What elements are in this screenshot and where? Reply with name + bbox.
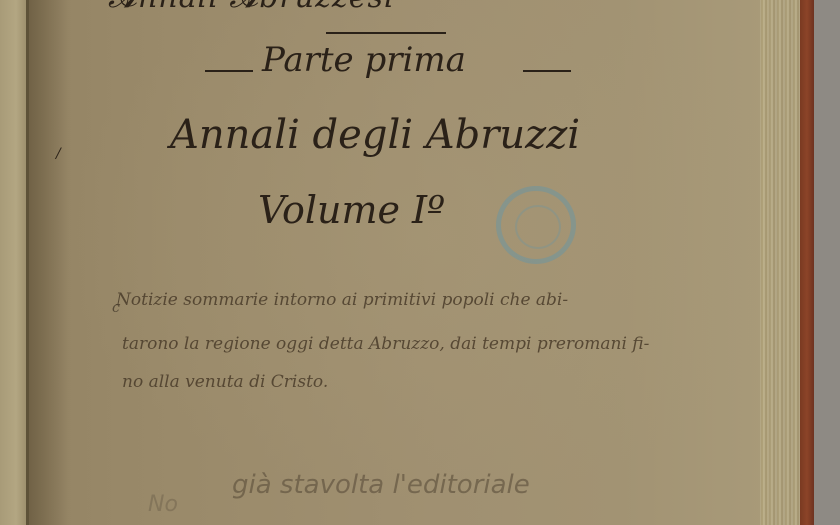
ink-mark: c [112, 300, 120, 316]
description-line-1: Notizie sommarie intorno ai primitivi po… [116, 290, 568, 310]
main-title: Annali degli Abruzzi [170, 112, 580, 158]
manuscript-photo: Annali Abruzzesi (cut off at top edge) 𝓐… [0, 0, 840, 525]
facing-page-edge [0, 0, 27, 525]
title-rule [326, 32, 446, 34]
dash-left [205, 70, 253, 72]
pencil-note: già stavolta l'editoriale [232, 470, 530, 500]
pencil-margin-note: No [148, 492, 178, 517]
dash-right [523, 70, 571, 72]
book-cover-edge [800, 0, 814, 525]
background-surface [814, 0, 840, 525]
ink-mark: / [56, 146, 61, 162]
part-label: Parte prima [262, 40, 466, 80]
volume-label: Volume Iº [258, 188, 445, 232]
stamp-inner-ring [515, 205, 561, 249]
page-fore-edge [760, 0, 802, 525]
description-line-3: no alla venuta di Cristo. [122, 372, 328, 392]
gutter-shadow [29, 0, 69, 525]
library-stamp [496, 186, 576, 264]
cut-off-heading-visual: 𝓐nnali 𝓐bruzzesi [108, 0, 394, 15]
description-line-2: tarono la regione oggi detta Abruzzo, da… [122, 334, 649, 354]
